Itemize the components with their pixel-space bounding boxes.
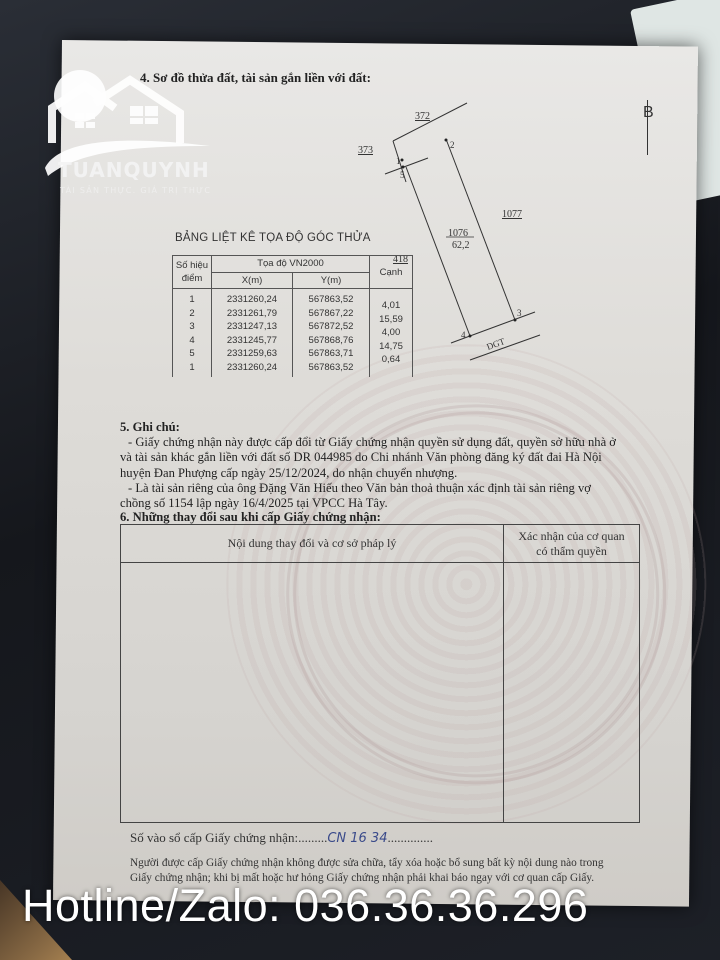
registry-number: CN 16 34 (327, 831, 387, 846)
changes-table: Nội dung thay đổi và cơ sở pháp lý Xác n… (120, 524, 640, 823)
hotline-overlay: Hotline/Zalo: 036.36.36.296 (22, 880, 588, 932)
notes-section: 5. Ghi chú: - Giấy chứng nhận này được c… (120, 420, 668, 511)
header-system: Tọa độ VN2000 (212, 256, 370, 273)
changes-title: 6. Những thay đổi sau khi cấp Giấy chứng… (120, 510, 381, 525)
y-column: 567863,52567867,22567872,52567868,765678… (293, 289, 370, 378)
note-line: - Là tài sản riêng của ông Đặng Văn Hiếu… (120, 481, 668, 496)
logo-tagline: TÀI SẢN THỰC. GIÁ TRỊ THỰC (60, 186, 211, 195)
neighbor-parcel-373: 373 (358, 145, 373, 156)
note-line: và tài sản khác gắn liền với đất số DR 0… (120, 450, 668, 465)
header-y: Y(m) (293, 272, 370, 289)
logo-brand: TUANQUYNH (58, 158, 210, 182)
changes-header-authority: Xác nhận của cơ quancó thẩm quyền (504, 525, 640, 563)
changes-header-content: Nội dung thay đổi và cơ sở pháp lý (121, 525, 504, 563)
header-point: Số hiệu điểm (173, 256, 212, 289)
point-2-label: 2 (450, 140, 455, 150)
coord-table: Số hiệu điểm Tọa độ VN2000 Cạnh X(m) Y(m… (172, 255, 413, 377)
x-column: 2331260,242331261,792331247,132331245,77… (212, 289, 293, 378)
changes-content-cell (121, 563, 504, 823)
parcel-number: 1076 (448, 228, 468, 239)
note-line: huyện Đan Phượng cấp ngày 25/12/2024, do… (120, 466, 668, 481)
parcel-area: 62,2 (452, 240, 470, 251)
changes-authority-cell (504, 563, 640, 823)
coord-table-title: BẢNG LIỆT KÊ TỌA ĐỘ GÓC THỬA (175, 232, 371, 244)
notes-title: 5. Ghi chú: (120, 420, 668, 435)
road-label: DGT (485, 336, 506, 352)
note-line: chồng số 1154 lập ngày 16/4/2025 tại VPC… (120, 496, 668, 511)
registry-line: Số vào sổ cấp Giấy chứng nhận:.........C… (130, 830, 433, 846)
note-line: - Giấy chứng nhận này được cấp đổi từ Gi… (120, 435, 668, 450)
edge-column: 4,0115,594,0014,750,64 (370, 289, 413, 378)
neighbor-parcel-1077: 1077 (502, 209, 522, 220)
point-4-label: 4 (461, 330, 466, 340)
north-arrow-icon: B (643, 104, 654, 122)
registry-label: Số vào sổ cấp Giấy chứng nhận: (130, 830, 298, 845)
point-5-label: 5 (400, 170, 405, 180)
neighbor-parcel-372: 372 (415, 111, 430, 122)
header-x: X(m) (212, 272, 293, 289)
point-1-label: 1 (396, 156, 401, 166)
header-edge: Cạnh (370, 256, 413, 289)
point-3-label: 3 (517, 308, 522, 318)
point-column: 123451 (173, 289, 212, 378)
